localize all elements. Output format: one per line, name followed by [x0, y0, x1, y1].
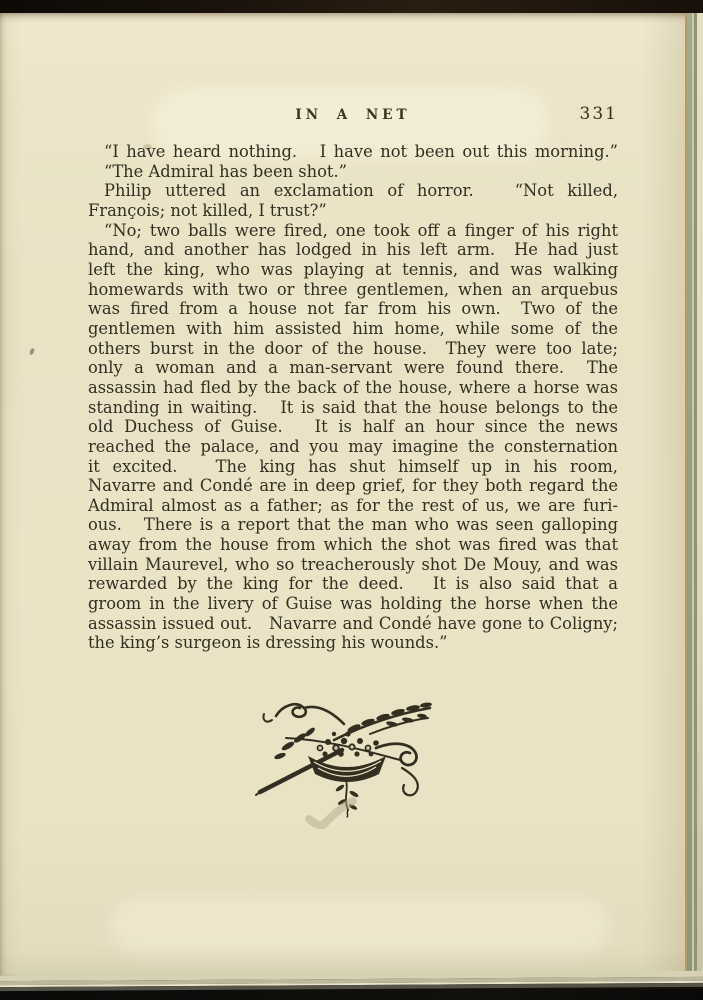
text-line: Navarre and Condé are in deep grief, for…: [88, 476, 618, 496]
text-line: others burst in the door of the house. T…: [88, 339, 618, 359]
text-line: left the king, who was playing at tennis…: [88, 260, 618, 280]
text-line: only a woman and a man-servant were foun…: [88, 358, 618, 378]
scan-top-band: [0, 0, 703, 13]
page-header: IN A NET 331: [88, 104, 618, 126]
scan-bottom-band: [0, 989, 703, 1000]
text-line: assassin issued out. Navarre and Condé h…: [88, 614, 618, 634]
text-line: standing in waiting. It is said that the…: [88, 398, 618, 418]
fore-edge-stripe: [697, 13, 703, 975]
text-line: “No; two balls were fired, one took off …: [88, 221, 618, 241]
text-line: old Duchess of Guise. It is half an hour…: [88, 417, 618, 437]
text-line: reached the palace, and you may imagine …: [88, 437, 618, 457]
text-line: groom in the livery of Guise was holding…: [88, 594, 618, 614]
text-line: it excited. The king has shut himself up…: [88, 457, 618, 477]
text-line: the king’s surgeon is dressing his wound…: [88, 633, 618, 653]
text-line: “The Admiral has been shot.”: [88, 162, 618, 182]
page-number: 331: [580, 104, 618, 124]
text-line: “I have heard nothing. I have not been o…: [88, 142, 618, 162]
text-line: was fired from a house not far from his …: [88, 299, 618, 319]
text-line: Philip uttered an exclamation of horror.…: [88, 181, 618, 201]
paper-speck: [29, 347, 36, 355]
text-line: assassin had fled by the back of the hou…: [88, 378, 618, 398]
body-text: “I have heard nothing. I have not been o…: [88, 142, 618, 653]
pencil-check-mark: [303, 793, 359, 835]
text-line: Admiral almost as a father; as for the r…: [88, 496, 618, 516]
text-line: away from the house from which the shot …: [88, 535, 618, 555]
scan-light-band: [110, 898, 610, 953]
text-line: hand, and another has lodged in his left…: [88, 240, 618, 260]
running-title: IN A NET: [88, 107, 618, 123]
text-line: homewards with two or three gentlemen, w…: [88, 280, 618, 300]
text-line: villain Maurevel, who so treacherously s…: [88, 555, 618, 575]
text-line: gentlemen with him assisted him home, wh…: [88, 319, 618, 339]
text-line: ous. There is a report that the man who …: [88, 515, 618, 535]
text-line: François; not killed, I trust?”: [88, 201, 618, 221]
text-line: rewarded by the king for the deed. It is…: [88, 574, 618, 594]
